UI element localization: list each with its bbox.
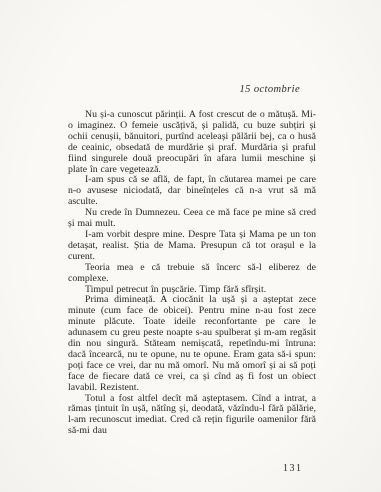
paragraph: I-am vorbit despre mine. Despre Tata și …	[68, 230, 316, 263]
paragraph: I-am spus că se află, de fapt, în căutar…	[68, 175, 316, 208]
paragraph: Teoria mea e că trebuie să încerc să-l e…	[68, 263, 316, 285]
book-page: 15 octombrie Nu și-a cunoscut părinții. …	[0, 0, 381, 492]
chapter-date-header: 15 octombrie	[240, 84, 301, 95]
paragraph: Totul a fost altfel decît mă așteptasem.…	[68, 394, 316, 438]
body-text: Nu și-a cunoscut părinții. A fost crescu…	[68, 110, 316, 437]
paragraph: Nu și-a cunoscut părinții. A fost crescu…	[68, 110, 316, 175]
paragraph: Prima dimineață. A ciocănit la ușă și a …	[68, 295, 316, 393]
page-number: 131	[283, 463, 303, 474]
paragraph: Nu crede în Dumnezeu. Ceea ce mă face pe…	[68, 208, 316, 230]
